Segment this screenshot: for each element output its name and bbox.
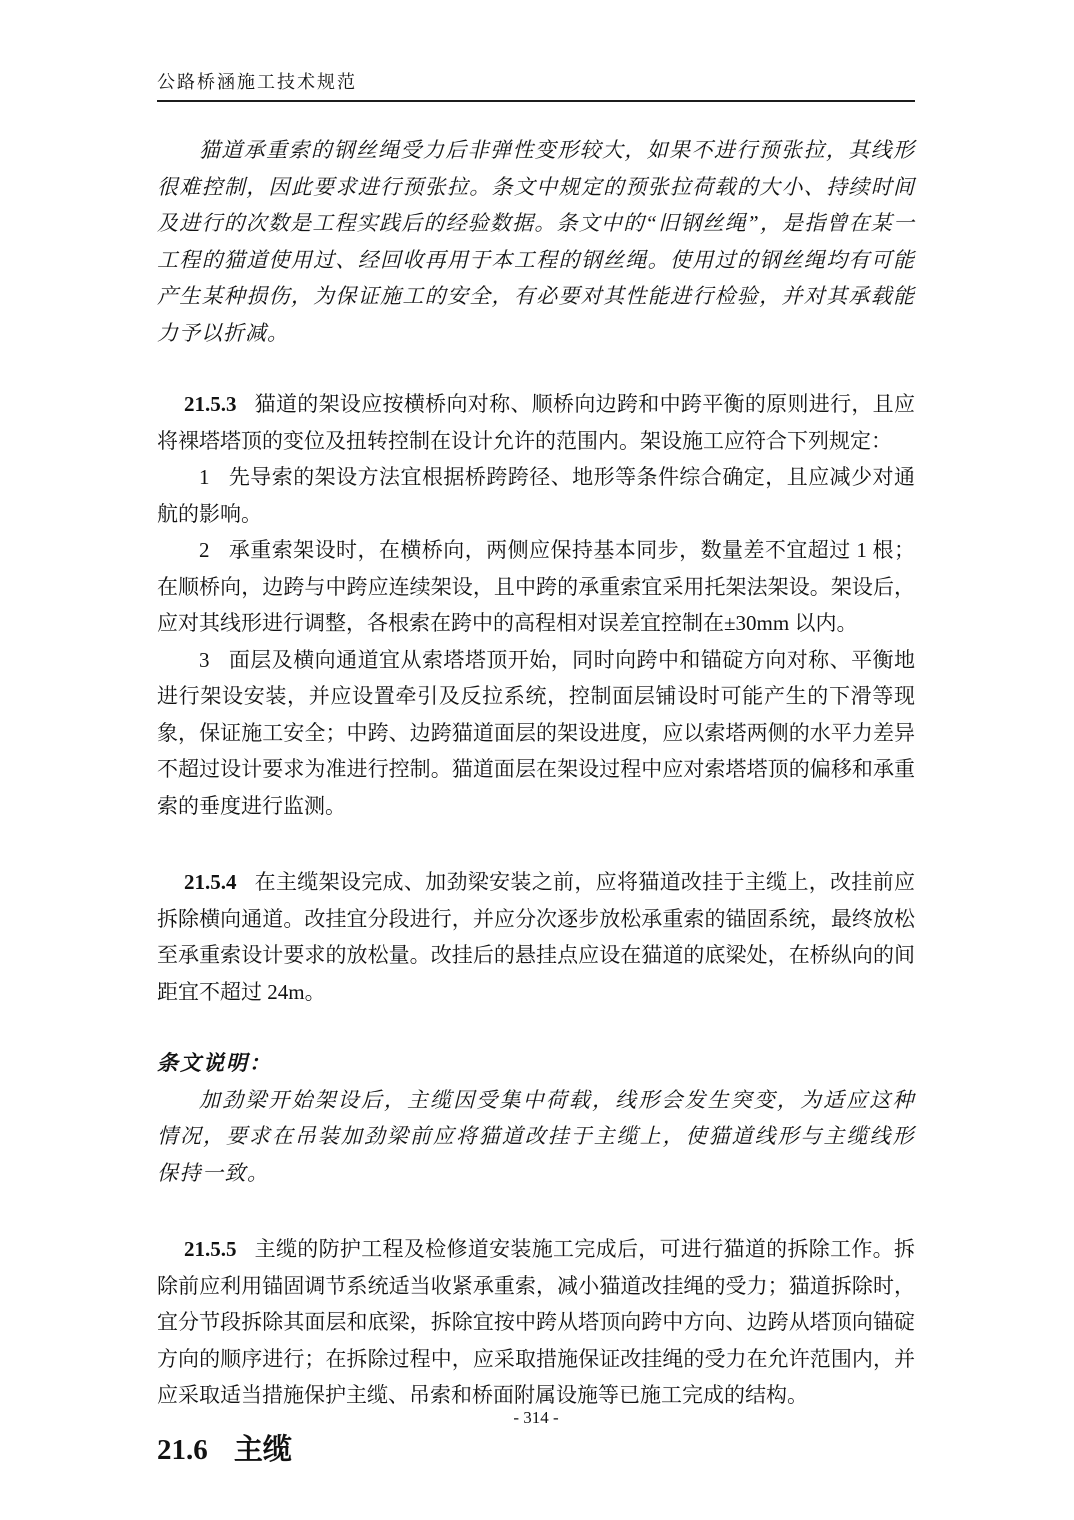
clause-21-5-3-item-3: 3面层及横向通道宜从索塔塔顶开始，同时向跨中和锚碇方向对称、平衡地进行架设安装，… (157, 642, 915, 825)
clause-21-5-5-number: 21.5.5 (184, 1237, 237, 1261)
document-page: 公路桥涵施工技术规范 猫道承重索的钢丝绳受力后非弹性变形较大，如果不进行预张拉，… (0, 0, 1074, 1520)
page-content: 公路桥涵施工技术规范 猫道承重索的钢丝绳受力后非弹性变形较大，如果不进行预张拉，… (157, 0, 915, 1470)
running-header: 公路桥涵施工技术规范 (157, 70, 915, 102)
section-heading-21-6: 21.6主缆 (157, 1430, 915, 1470)
clause-21-5-4-number: 21.5.4 (184, 870, 237, 894)
item-1-text: 先导索的架设方法宜根据桥跨跨径、地形等条件综合确定，且应减少对通航的影响。 (157, 465, 915, 526)
clause-21-5-3-text: 猫道的架设应按横桥向对称、顺桥向边跨和中跨平衡的原则进行，且应将裸塔塔顶的变位及… (157, 392, 915, 453)
clause-21-5-5: 21.5.5主缆的防护工程及检修道安装施工完成后，可进行猫道的拆除工作。拆除前应… (157, 1231, 915, 1414)
item-1-number: 1 (199, 465, 210, 489)
clause-21-5-3-number: 21.5.3 (184, 392, 237, 416)
item-2-text: 承重索架设时，在横桥向，两侧应保持基本同步，数量差不宜超过 1 根；在顺桥向，边… (157, 538, 915, 635)
page-number: - 314 - (513, 1408, 558, 1427)
clause-21-5-4: 21.5.4在主缆架设完成、加劲梁安装之前，应将猫道改挂于主缆上，改挂前应拆除横… (157, 864, 915, 1010)
commentary-paragraph: 加劲梁开始架设后，主缆因受集中荷载，线形会发生突变，为适应这种情况，要求在吊装加… (157, 1082, 915, 1192)
item-3-text: 面层及横向通道宜从索塔塔顶开始，同时向跨中和锚碇方向对称、平衡地进行架设安装，并… (157, 648, 915, 818)
clause-21-5-3: 21.5.3猫道的架设应按横桥向对称、顺桥向边跨和中跨平衡的原则进行，且应将裸塔… (157, 386, 915, 459)
section-heading-title: 主缆 (234, 1434, 292, 1466)
clause-21-5-5-text: 主缆的防护工程及检修道安装施工完成后，可进行猫道的拆除工作。拆除前应利用锚固调节… (157, 1237, 915, 1407)
intro-commentary-paragraph: 猫道承重索的钢丝绳受力后非弹性变形较大，如果不进行预张拉，其线形很难控制，因此要… (157, 132, 915, 351)
commentary-label: 条文说明： (157, 1045, 915, 1082)
item-3-number: 3 (199, 648, 210, 672)
clause-21-5-3-item-1: 1先导索的架设方法宜根据桥跨跨径、地形等条件综合确定，且应减少对通航的影响。 (157, 459, 915, 532)
clause-21-5-4-text: 在主缆架设完成、加劲梁安装之前，应将猫道改挂于主缆上，改挂前应拆除横向通道。改挂… (157, 870, 915, 1004)
page-footer: - 314 - (157, 1406, 915, 1430)
running-header-title: 公路桥涵施工技术规范 (157, 72, 357, 92)
section-heading-number: 21.6 (157, 1434, 208, 1466)
item-2-number: 2 (199, 538, 210, 562)
clause-21-5-3-item-2: 2承重索架设时，在横桥向，两侧应保持基本同步，数量差不宜超过 1 根；在顺桥向，… (157, 532, 915, 642)
